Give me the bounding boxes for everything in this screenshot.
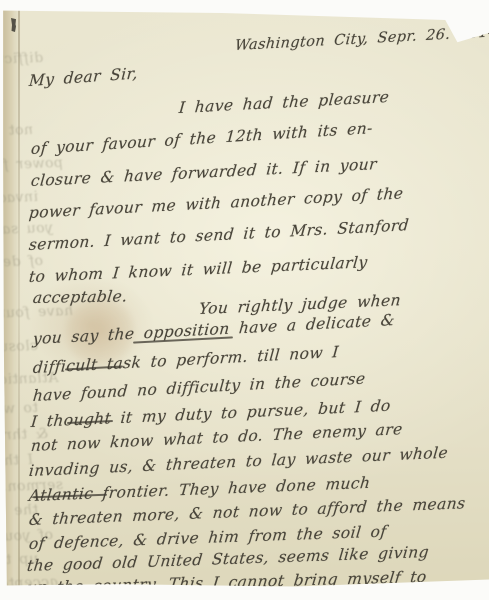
letter-line: power favour me with another copy of the	[28, 184, 404, 222]
dateline: Washington City, Sepr. 26. 1814	[234, 24, 489, 54]
letter-line: sermon. I want to send it to Mrs. Stanfo…	[28, 216, 410, 254]
salutation: My dear Sir,	[28, 64, 138, 90]
letter-line: acceptable.	[32, 287, 129, 307]
letter-scan: difficult task to perform. till now I no…	[0, 0, 489, 600]
letter-line: of your favour of the 12th with its en-	[30, 119, 373, 158]
letter-line: difficult task to perform. till now I	[32, 343, 339, 377]
letter-line: to whom I know it will be particularly	[28, 253, 368, 286]
paper-sheet: difficult task to perform. till now I no…	[3, 6, 489, 590]
letter-line: closure & have forwarded it. If in your	[30, 155, 378, 190]
ink-text-layer: Washington City, Sepr. 26. 1814 My dear …	[3, 6, 489, 590]
letter-line: I have had the pleasure	[178, 88, 390, 117]
